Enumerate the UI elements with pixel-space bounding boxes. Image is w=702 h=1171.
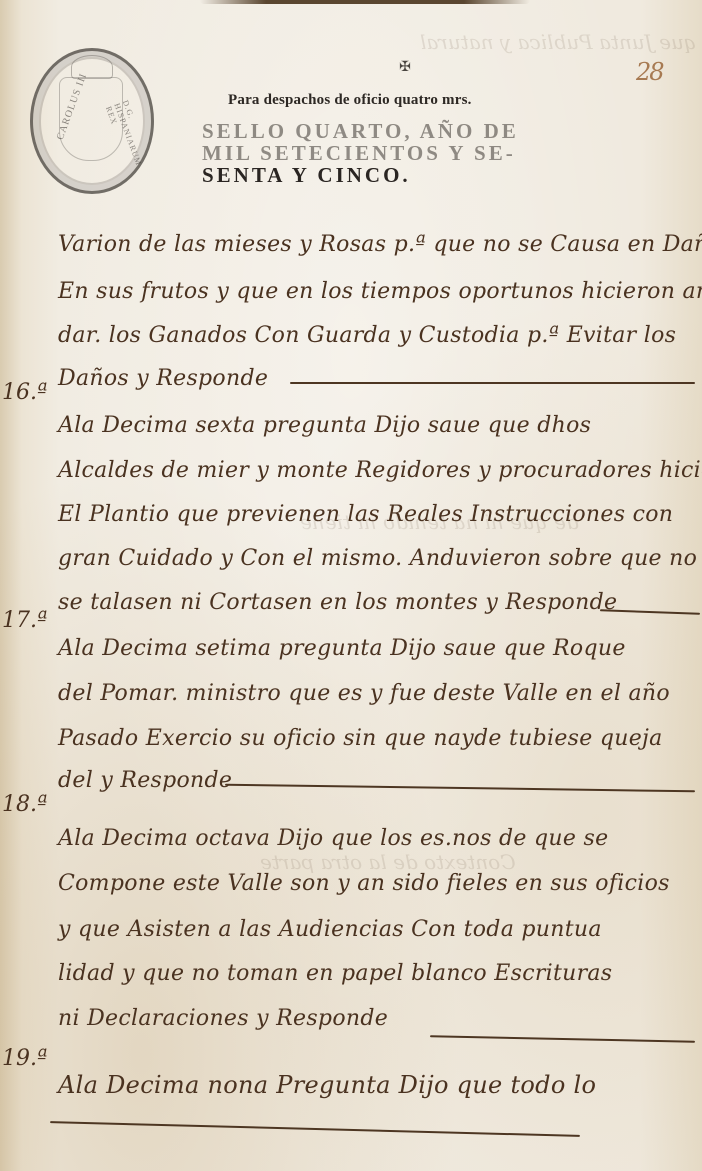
margin-note: 19.ª bbox=[2, 1046, 47, 1071]
margin-note: 18.ª bbox=[2, 792, 47, 817]
seal-legend-left: CAROLUS III bbox=[55, 72, 89, 142]
seal-legend: CAROLUS III D.G. HISPANIARUM REX bbox=[33, 51, 151, 191]
manuscript-line: Compone este Valle son y an sido fieles … bbox=[58, 871, 670, 896]
manuscript-line: gran Cuidado y Con el mismo. Anduvieron … bbox=[58, 546, 697, 571]
manuscript-line: El Plantio que previenen las Reales Inst… bbox=[58, 502, 673, 527]
manuscript-line: Ala Decima sexta pregunta Dijo saue que … bbox=[58, 413, 591, 438]
stamp-heading: SELLO QUARTO, AÑO DE MIL SETECIENTOS Y S… bbox=[202, 120, 602, 186]
line-filler-rule bbox=[50, 1121, 580, 1137]
bleed-through-text: lo que Junta Publica y natural bbox=[420, 30, 702, 54]
manuscript-line: En sus frutos y que en los tiempos oport… bbox=[58, 279, 702, 304]
manuscript-line: ni Declaraciones y Responde bbox=[58, 1006, 388, 1031]
stamp-heading-line: SENTA Y CINCO. bbox=[202, 164, 602, 186]
line-filler-rule bbox=[430, 1035, 695, 1043]
royal-seal-icon: CAROLUS III D.G. HISPANIARUM REX bbox=[30, 48, 154, 194]
manuscript-line: Daños y Responde bbox=[58, 366, 268, 391]
binding-edge bbox=[200, 0, 530, 4]
seal-legend-right: D.G. HISPANIARUM REX bbox=[104, 99, 152, 170]
manuscript-line: Ala Decima nona Pregunta Dijo que todo l… bbox=[58, 1071, 596, 1099]
manuscript-line: Alcaldes de mier y monte Regidores y pro… bbox=[58, 458, 702, 483]
stamp-heading-line: SELLO QUARTO, AÑO DE bbox=[202, 120, 602, 142]
stamp-subtitle: Para despachos de oficio quatro mrs. bbox=[228, 92, 472, 109]
page-number: 28 bbox=[636, 58, 663, 86]
line-filler-rule bbox=[290, 382, 695, 384]
manuscript-line: Ala Decima setima pregunta Dijo saue que… bbox=[58, 636, 626, 661]
manuscript-line: dar. los Ganados Con Guarda y Custodia p… bbox=[58, 323, 676, 348]
stamp-heading-line: MIL SETECIENTOS Y SE- bbox=[202, 142, 602, 164]
manuscript-line: se talasen ni Cortasen en los montes y R… bbox=[58, 590, 617, 615]
manuscript-page: lo que Junta Publica y natural de que ni… bbox=[0, 0, 702, 1171]
manuscript-line: del y Responde bbox=[58, 768, 232, 793]
manuscript-line: lidad y que no toman en papel blanco Esc… bbox=[58, 961, 612, 986]
manuscript-line: y que Asisten a las Audiencias Con toda … bbox=[58, 917, 602, 942]
manuscript-line: Pasado Exercio su oficio sin que nayde t… bbox=[58, 726, 663, 751]
cross-mark-icon: ✠ bbox=[398, 58, 412, 76]
manuscript-line: del Pomar. ministro que es y fue deste V… bbox=[58, 681, 670, 706]
manuscript-line: Varion de las mieses y Rosas p.ª que no … bbox=[58, 232, 702, 257]
margin-note: 17.ª bbox=[2, 608, 47, 633]
line-filler-rule bbox=[225, 784, 695, 793]
manuscript-line: Ala Decima octava Dijo que los es.nos de… bbox=[58, 826, 608, 851]
margin-note: 16.ª bbox=[2, 380, 47, 405]
